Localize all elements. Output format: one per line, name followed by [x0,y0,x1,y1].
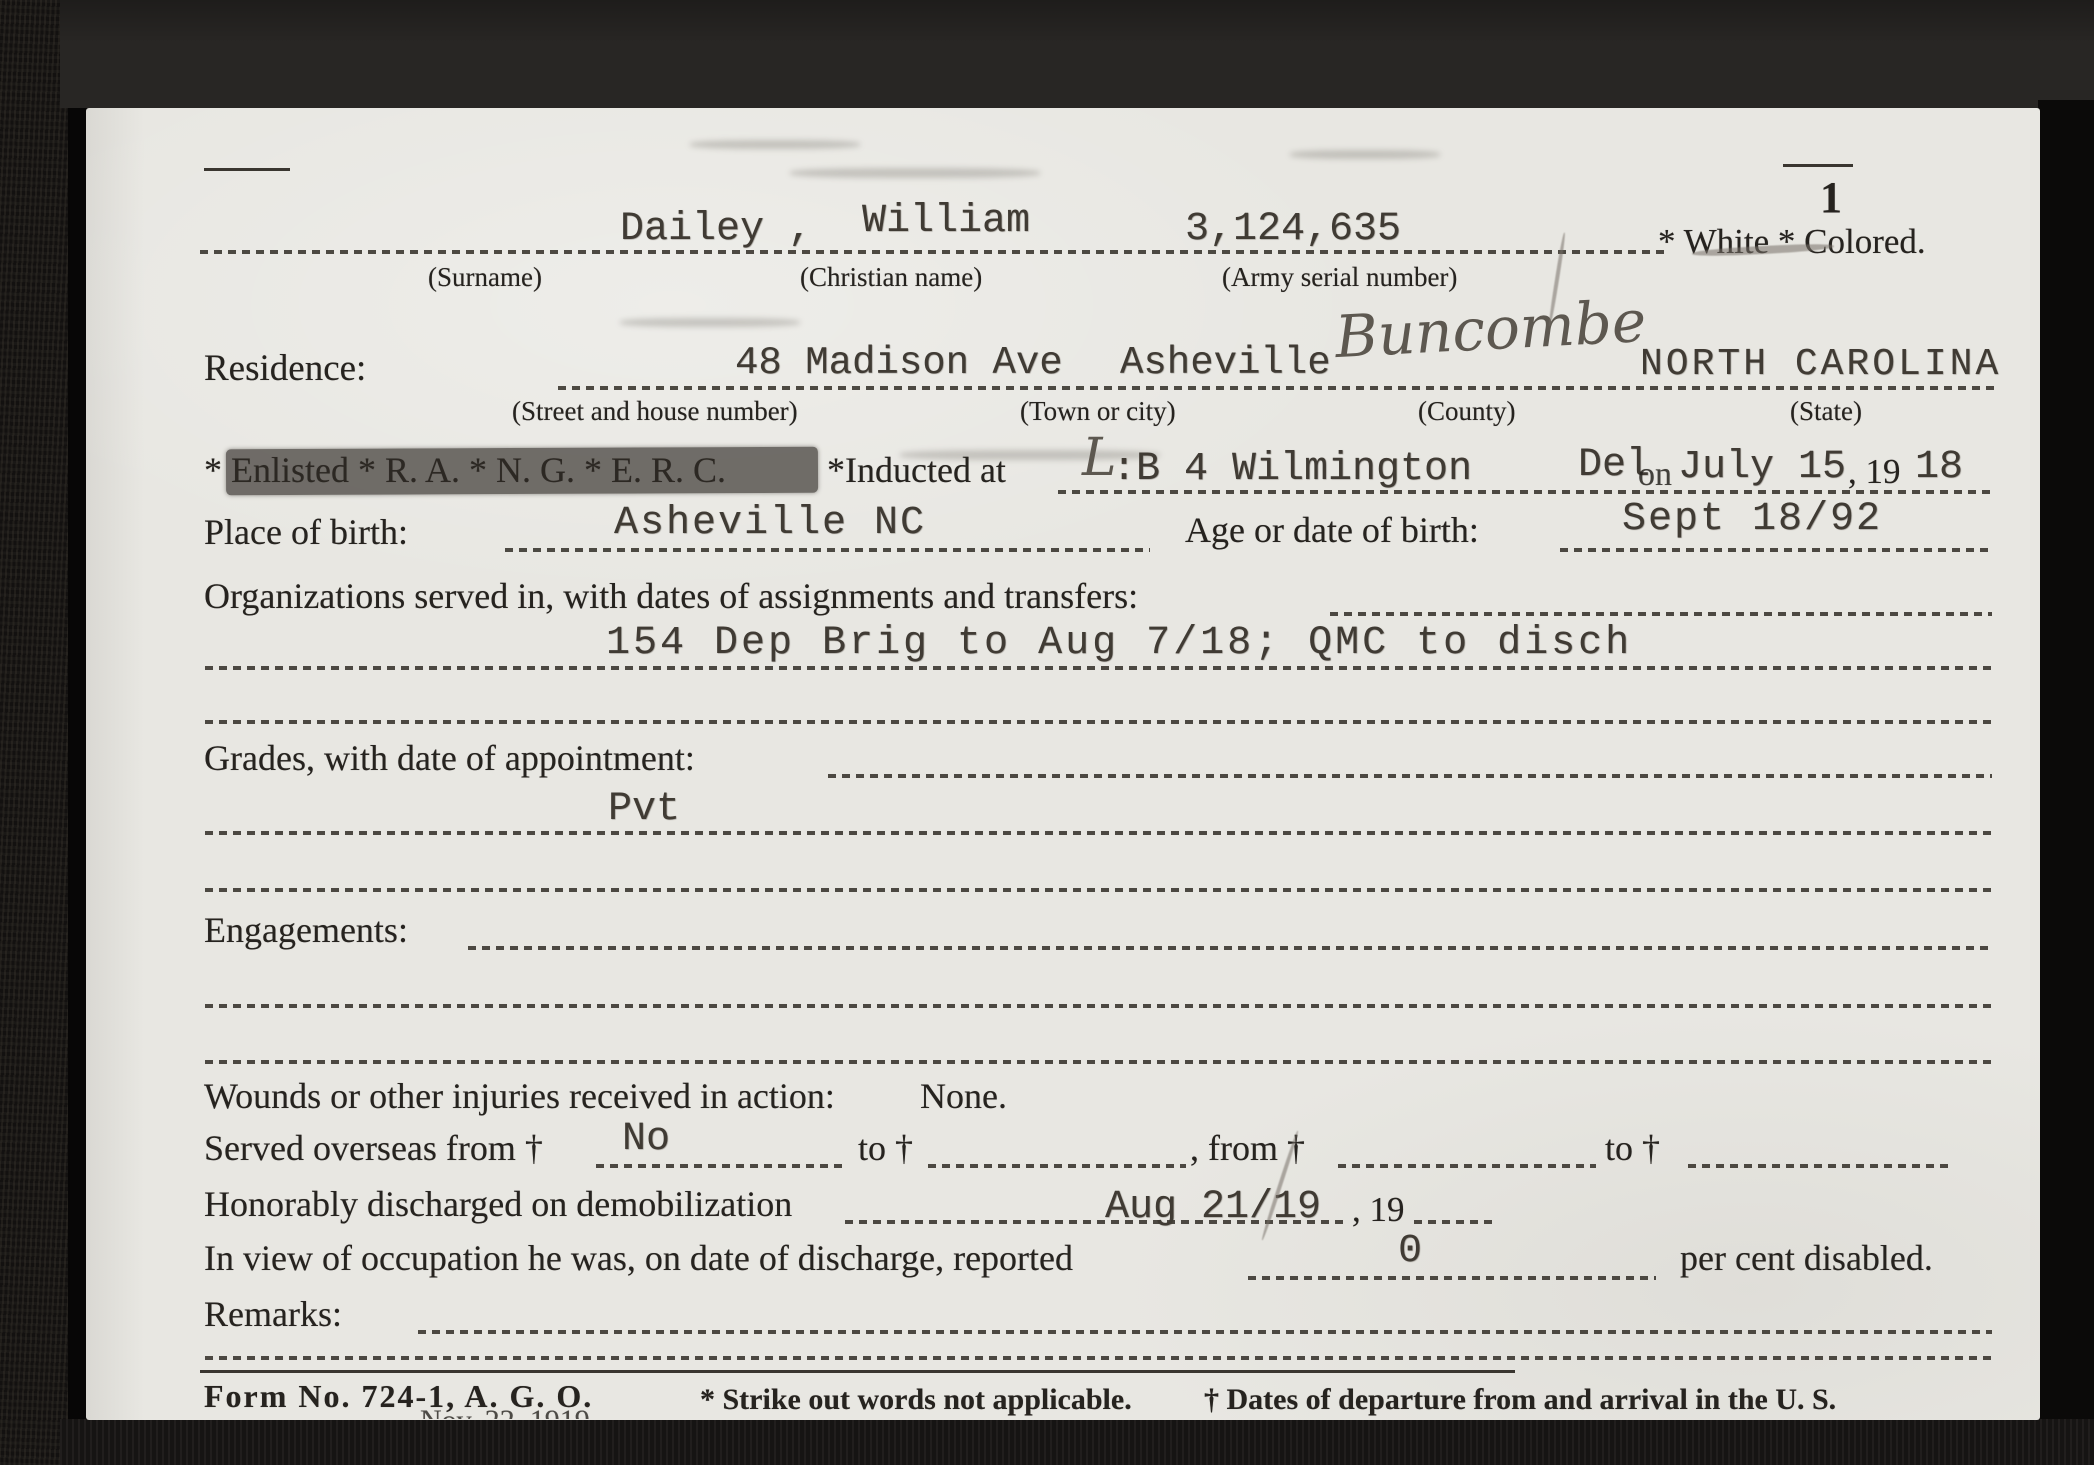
dashed-line [1338,1164,1596,1168]
ghost-smudge [1290,150,1440,159]
organizations-value: 154 Dep Brig to Aug 7/18; QMC to disch [606,624,1632,664]
dashed-line [1414,1220,1494,1224]
ghost-smudge [690,140,860,149]
town-label: (Town or city) [1020,398,1176,425]
town-value: Asheville [1120,344,1331,383]
disabled-value: 0 [1398,1232,1422,1272]
state-label: (State) [1790,398,1862,425]
dashed-line [1560,548,1992,552]
dashed-line [1248,1276,1656,1280]
place-of-birth-value: Asheville NC [614,504,926,544]
dashed-line [596,1164,846,1168]
form-date-clipped: Nov. 22, 1919 [420,1406,590,1419]
grade-value: Pvt [608,790,680,830]
induction-place-value: :B 4 Wilmington [1112,450,1472,490]
surname-value: Dailey , [620,210,812,250]
discharge-year-label: , 19 [1352,1192,1405,1227]
discharged-label: Honorably discharged on demobilization [204,1186,792,1222]
dashed-line [205,888,1992,892]
wounds-label: Wounds or other injuries received in act… [204,1078,835,1114]
dashed-line [418,1330,1992,1334]
footer-note-strikeout: * Strike out words not applicable. [700,1385,1132,1415]
card-content: 1 Dailey , William 3,124,635 * White * C… [0,0,2094,1465]
dashed-line [928,1164,1186,1168]
dashed-line [200,250,1665,254]
organizations-label: Organizations served in, with dates of a… [204,578,1138,614]
age-label: Age or date of birth: [1185,512,1479,548]
grades-label: Grades, with date of appointment: [204,740,695,776]
dashed-line [205,1060,1992,1064]
served-overseas-label: Served overseas from † [204,1130,543,1166]
footer-rule [200,1370,1515,1373]
scanned-record-card-page: 1 Dailey , William 3,124,635 * White * C… [0,0,2094,1465]
page-number: 1 [1820,176,1842,220]
dashed-line [558,386,1995,390]
serial-number-label: (Army serial number) [1222,264,1457,291]
state-value: NORTH CAROLINA [1640,346,2001,384]
footer-note-dates: † Dates of departure from and arrival in… [1204,1385,1836,1415]
dashed-line [205,1356,1992,1360]
top-left-mark [204,168,290,171]
disabled-label: In view of occupation he was, on date of… [204,1240,1073,1276]
overseas-to-label: to † [858,1130,913,1166]
remarks-label: Remarks: [204,1296,342,1332]
dashed-line [828,774,1992,778]
wounds-value: None. [920,1078,1007,1114]
dashed-line [1688,1164,1948,1168]
street-label: (Street and house number) [512,398,798,425]
street-value: 48 Madison Ave [735,344,1063,383]
dashed-line [468,946,1992,950]
year-prefix-label: , 19 [1848,454,1901,489]
disabled-suffix: per cent disabled. [1680,1240,1933,1276]
surname-label: (Surname) [428,264,542,291]
christian-name-value: William [862,202,1030,242]
dashed-line [205,831,1992,835]
on-label: on [1638,458,1672,492]
overseas-to2-label: to † [1605,1130,1660,1166]
christian-name-label: (Christian name) [800,264,982,291]
strikeout-bar [226,447,818,496]
inducted-at-label: *Inducted at [827,452,1006,488]
engagements-label: Engagements: [204,912,408,948]
ghost-smudge [790,168,1040,178]
county-label: (County) [1418,398,1516,425]
dashed-line [205,720,1992,724]
top-right-mark [1783,164,1853,167]
dashed-line [205,1004,1992,1008]
serial-number-value: 3,124,635 [1185,210,1401,250]
overseas-from-value: No [622,1120,670,1160]
dashed-line [505,548,1150,552]
residence-label: Residence: [204,350,366,387]
ghost-smudge [620,318,800,327]
dashed-line [205,666,1992,670]
age-value: Sept 18/92 [1622,500,1882,540]
discharge-date-value: Aug 21/19 [1105,1188,1321,1228]
county-value-handwritten: Buncombe [1334,292,1648,366]
induction-date-value: July 15 [1678,448,1846,488]
dashed-line [1330,612,1992,616]
induction-year-value: 18 [1915,448,1963,488]
place-of-birth-label: Place of birth: [204,514,408,550]
